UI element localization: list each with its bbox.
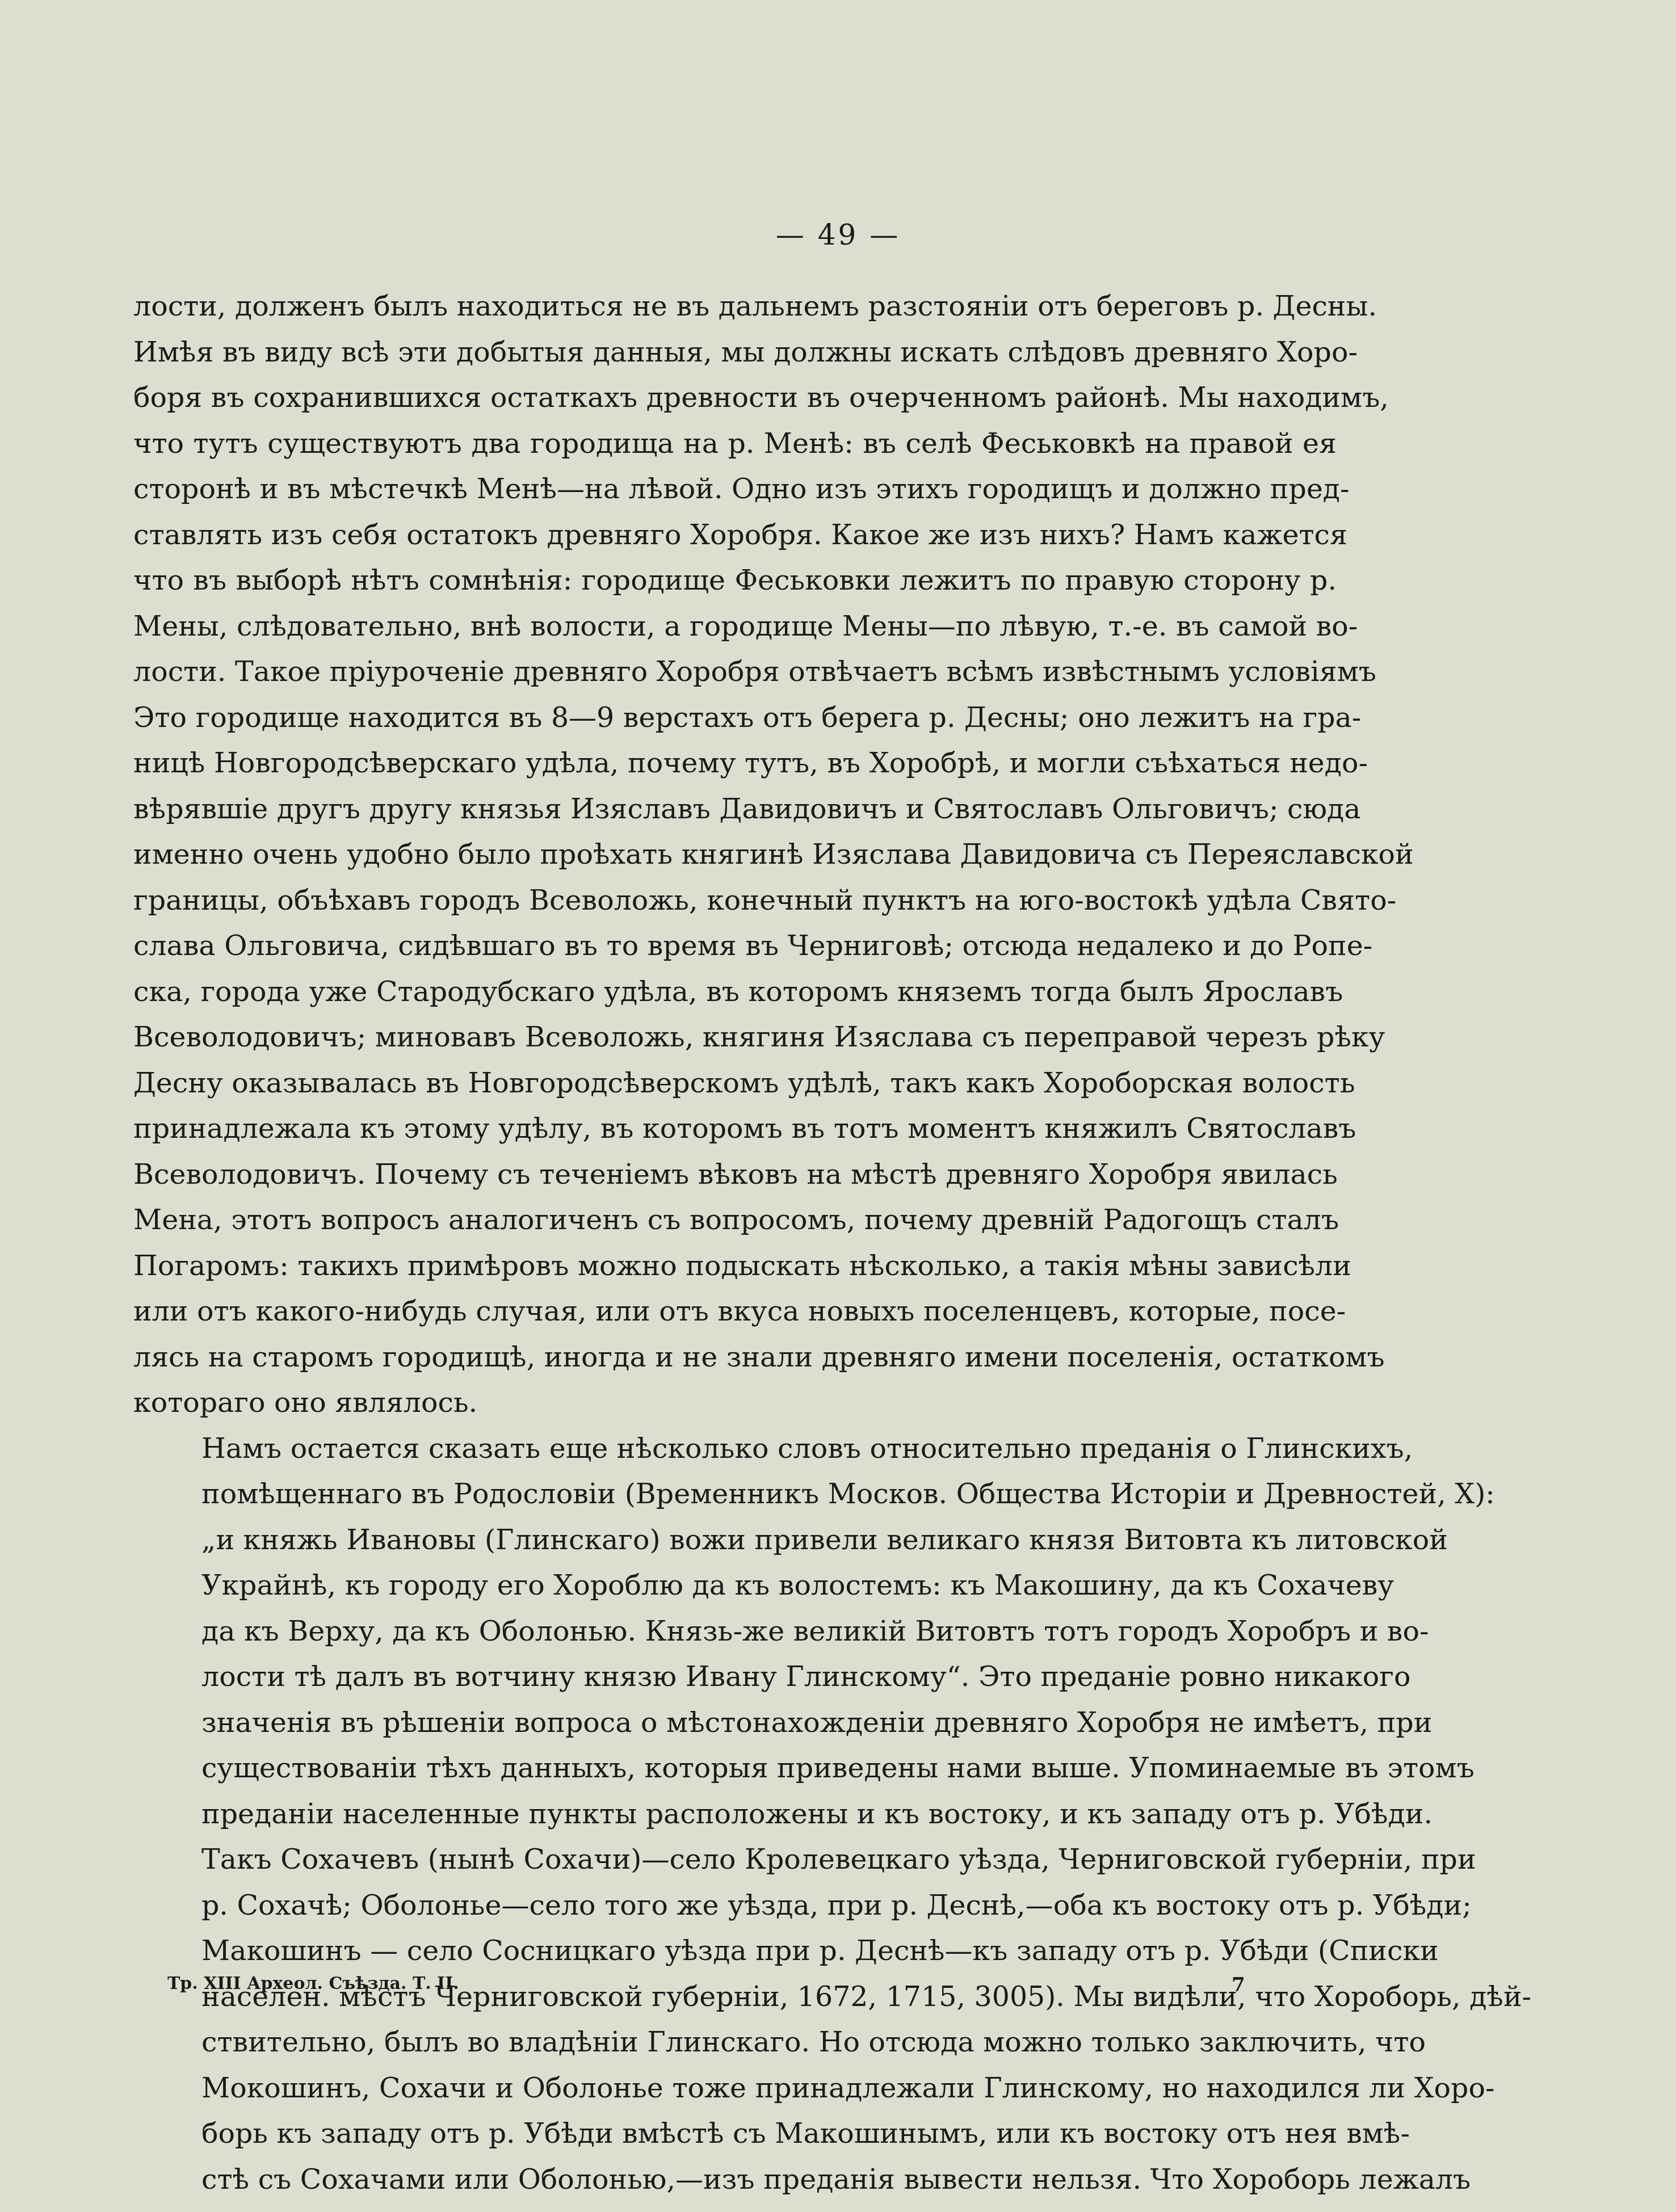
text-line: борь къ западу отъ р. Убѣди вмѣстѣ съ Ма… bbox=[133, 2111, 1337, 2157]
text-line: стѣ съ Сохачами или Оболонью,—изъ предан… bbox=[133, 2157, 1337, 2203]
text-line: Это городище находится въ 8—9 верстахъ о… bbox=[133, 695, 1337, 741]
text-line: или отъ какого-нибудь случая, или отъ вк… bbox=[133, 1289, 1337, 1335]
text-line: помѣщеннаго въ Родословіи (Временникъ Мо… bbox=[133, 1471, 1337, 1517]
text-line: Такъ Сохачевъ (нынѣ Сохачи)—село Кролеве… bbox=[133, 1837, 1337, 1883]
text-line: р. Сохачѣ; Оболонье—село того же уѣзда, … bbox=[133, 1883, 1337, 1929]
text-line: Мены, слѣдовательно, внѣ волости, а горо… bbox=[133, 604, 1337, 650]
text-line: Мокошинъ, Сохачи и Оболонье тоже принадл… bbox=[133, 2066, 1337, 2112]
text-line: границы, объѣхавъ городъ Всеволожь, коне… bbox=[133, 878, 1337, 924]
text-line: Макошинъ — село Сосницкаго уѣзда при р. … bbox=[133, 1928, 1337, 1974]
text-line: котораго оно являлось. bbox=[133, 1380, 1337, 1426]
text-line: ствительно, былъ во владѣніи Глинскаго. … bbox=[133, 2020, 1337, 2066]
text-line: Десну оказывалась въ Новгородсѣверскомъ … bbox=[133, 1061, 1337, 1107]
paragraph-1: лости, долженъ былъ находиться не въ дал… bbox=[133, 284, 1337, 1426]
text-line: Всеволодовичъ. Почему съ теченіемъ вѣков… bbox=[133, 1152, 1337, 1198]
text-line: да къ Верху, да къ Оболонью. Князь-же ве… bbox=[133, 1609, 1337, 1655]
text-line: именно очень удобно было проѣхать княгин… bbox=[133, 832, 1337, 878]
footer-sheet-number: 7 bbox=[1232, 1974, 1245, 1996]
text-line: лясь на старомъ городищѣ, иногда и не зн… bbox=[133, 1335, 1337, 1381]
text-line: ницѣ Новгородсѣверскаго удѣла, почему ту… bbox=[133, 741, 1337, 787]
footer-signature: Тр. XIII Археол. Съѣзда. Т. II. bbox=[167, 1974, 459, 1994]
text-line: значенія въ рѣшеніи вопроса о мѣстонахож… bbox=[133, 1700, 1337, 1746]
text-line: „и княжь Ивановы (Глинскаго) вожи привел… bbox=[133, 1517, 1337, 1563]
text-line: Имѣя въ виду всѣ эти добытыя данныя, мы … bbox=[133, 330, 1337, 376]
text-line: вѣрявшіе другъ другу князья Изяславъ Дав… bbox=[133, 787, 1337, 832]
text-line: Всеволодовичъ; миновавъ Всеволожь, княги… bbox=[133, 1015, 1337, 1061]
paragraph-2: Намъ остается сказать еще нѣсколько слов… bbox=[133, 1426, 1337, 2203]
body-text: лости, долженъ былъ находиться не въ дал… bbox=[133, 284, 1337, 2202]
text-line: принадлежала къ этому удѣлу, въ которомъ… bbox=[133, 1106, 1337, 1152]
text-line: что въ выборѣ нѣтъ сомнѣнія: городище Фе… bbox=[133, 558, 1337, 604]
text-line: ставлять изъ себя остатокъ древняго Хоро… bbox=[133, 512, 1337, 558]
page-number: — 49 — bbox=[0, 218, 1676, 251]
text-line: существованіи тѣхъ данныхъ, которыя прив… bbox=[133, 1746, 1337, 1792]
text-line: лости тѣ далъ въ вотчину князю Ивану Гли… bbox=[133, 1654, 1337, 1700]
text-line: Намъ остается сказать еще нѣсколько слов… bbox=[133, 1426, 1337, 1472]
text-line: Украйнѣ, къ городу его Хороблю да къ вол… bbox=[133, 1563, 1337, 1609]
text-line: преданіи населенные пункты расположены и… bbox=[133, 1792, 1337, 1837]
text-line: Мена, этотъ вопросъ аналогиченъ съ вопро… bbox=[133, 1197, 1337, 1243]
text-line: боря въ сохранившихся остаткахъ древност… bbox=[133, 375, 1337, 421]
text-line: ска, города уже Стародубскаго удѣла, въ … bbox=[133, 969, 1337, 1015]
text-line: что тутъ существуютъ два городища на р. … bbox=[133, 421, 1337, 467]
text-line: лости, долженъ былъ находиться не въ дал… bbox=[133, 284, 1337, 330]
text-line: слава Ольговича, сидѣвшаго въ то время в… bbox=[133, 923, 1337, 969]
text-line: лости. Такое пріуроченіе древняго Хоробр… bbox=[133, 649, 1337, 695]
text-line: сторонѣ и въ мѣстечкѣ Менѣ—на лѣвой. Одн… bbox=[133, 466, 1337, 512]
text-line: Погаромъ: такихъ примѣровъ можно подыска… bbox=[133, 1243, 1337, 1289]
